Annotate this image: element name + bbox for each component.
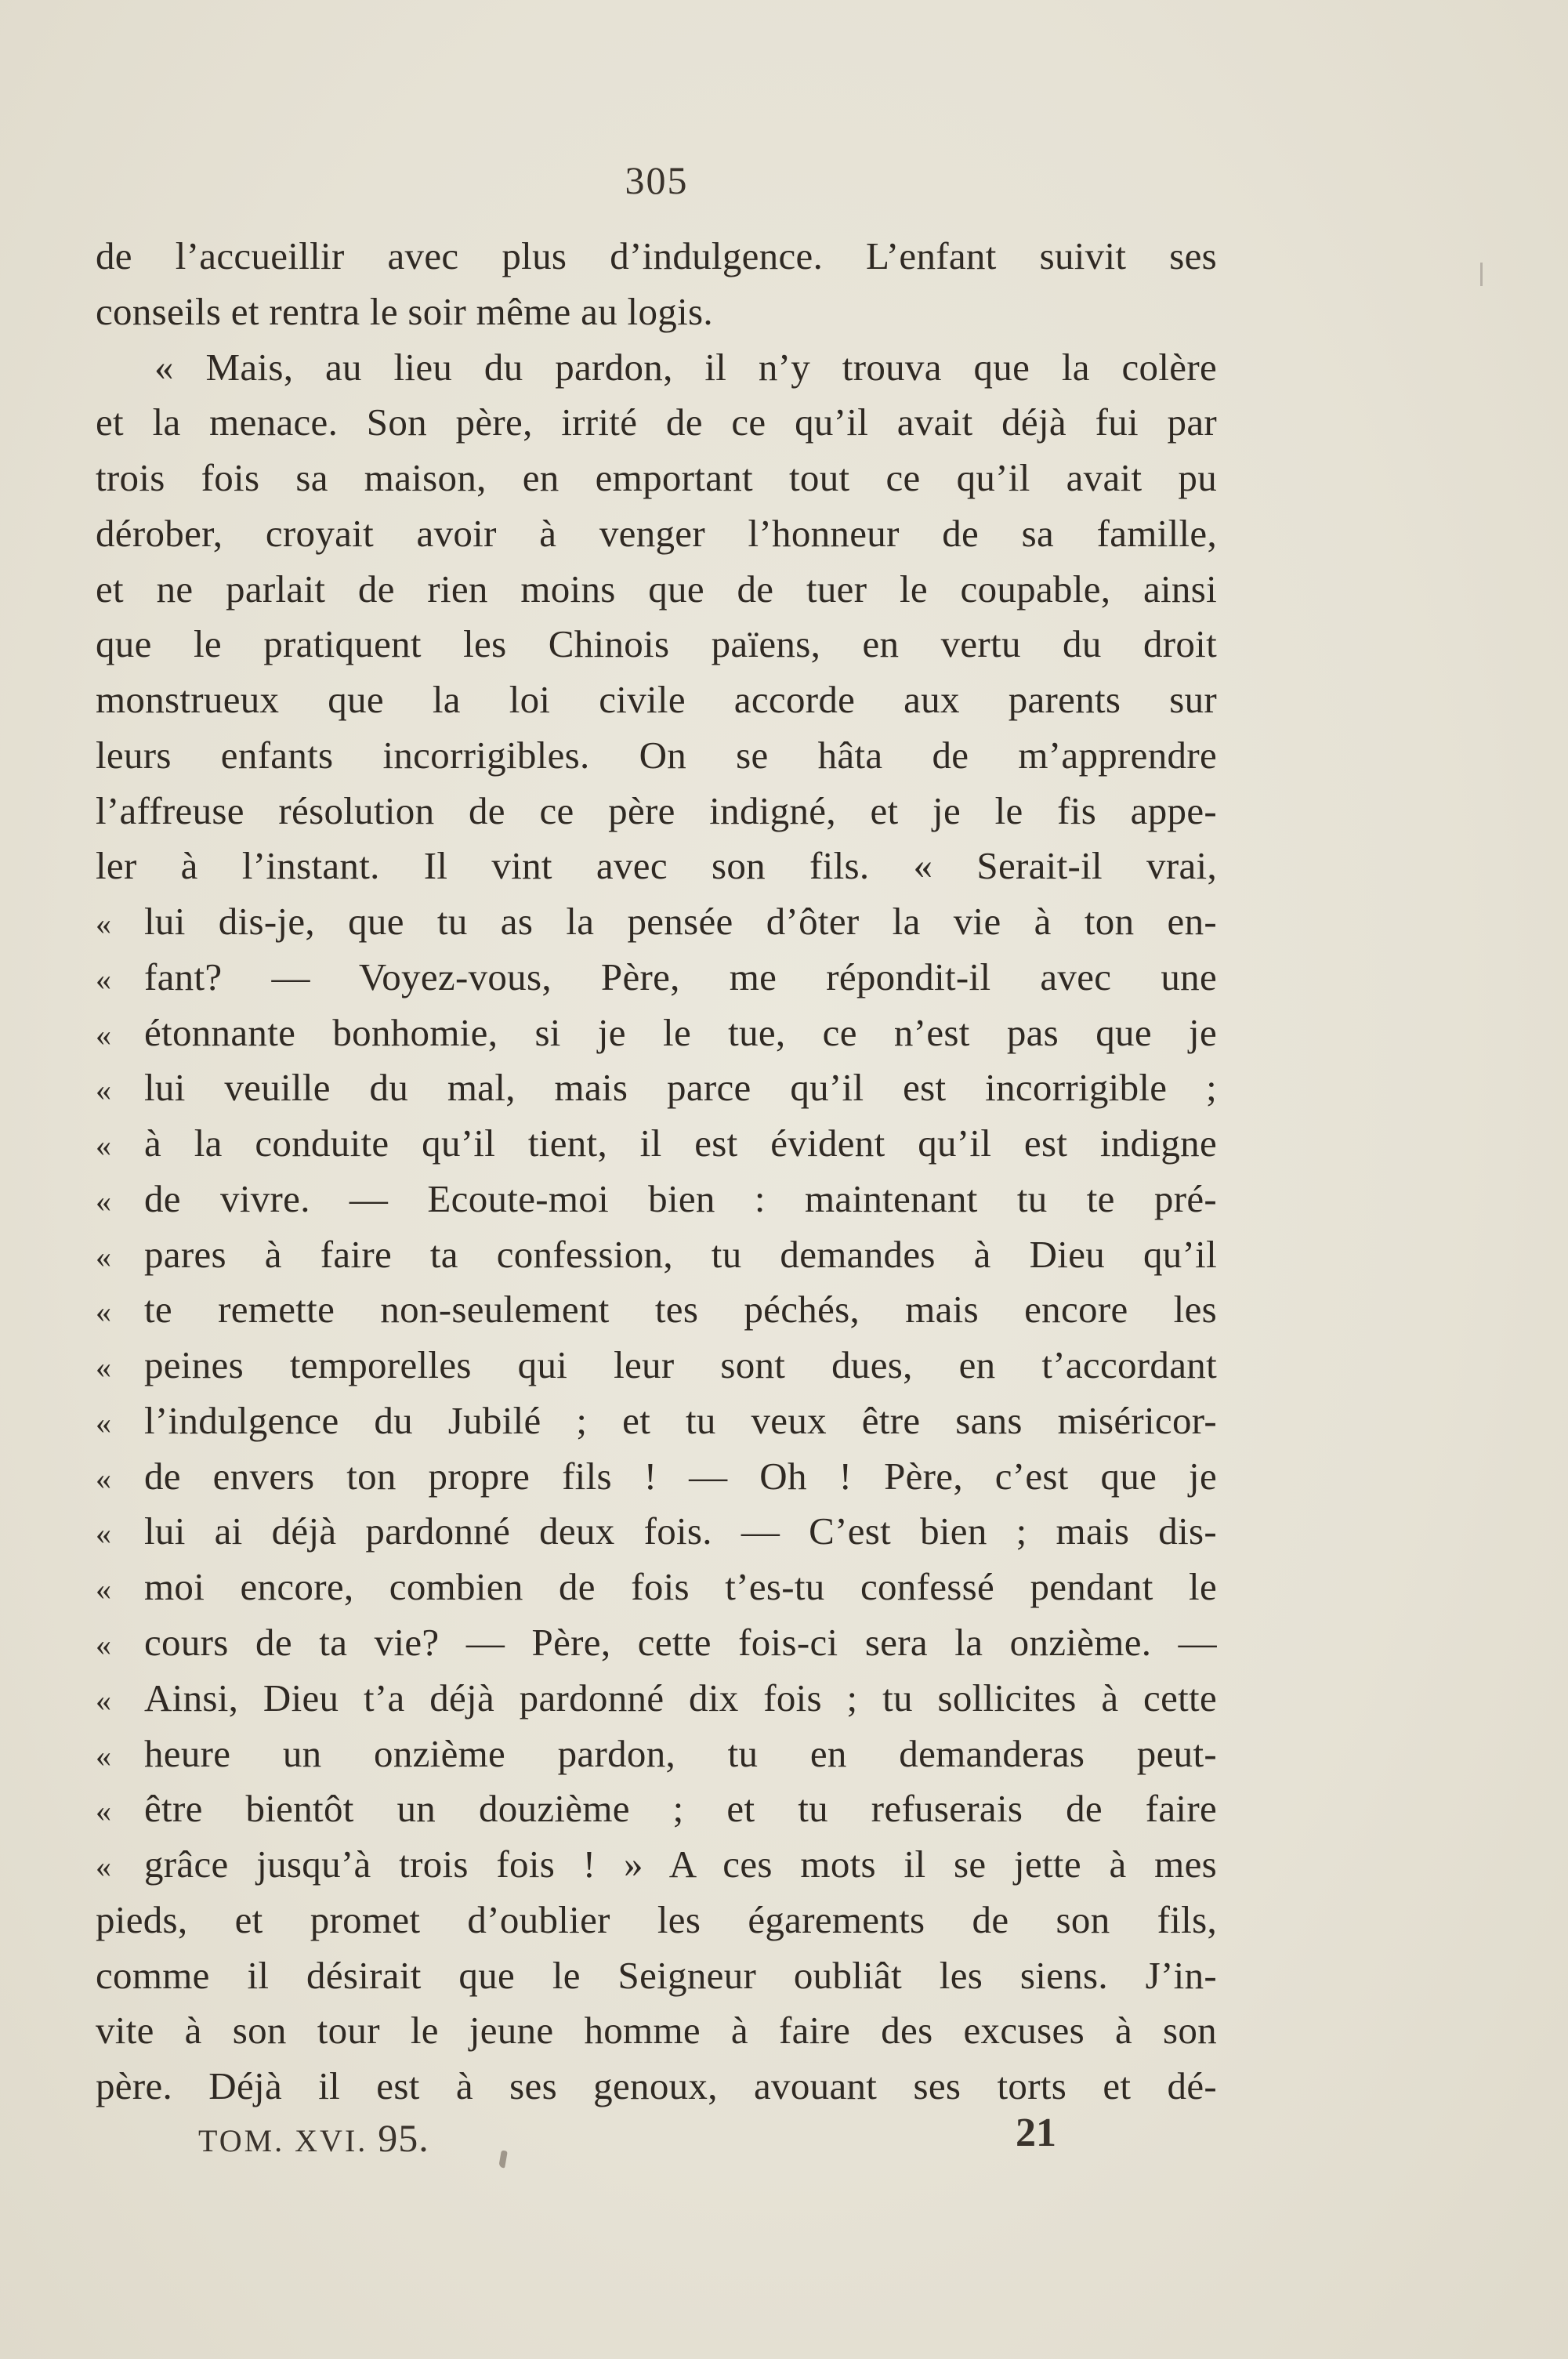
- quote-mark: «: [96, 1510, 144, 1557]
- text-line: «heure un onzième pardon, tu en demander…: [96, 1730, 1217, 1777]
- line-text: à la conduite qu’il tient, il est éviden…: [144, 1120, 1217, 1167]
- text-line: «pares à faire ta confession, tu demande…: [96, 1231, 1217, 1278]
- text-line: «être bientôt un douzième ; et tu refuse…: [96, 1785, 1217, 1832]
- quote-mark: «: [96, 956, 144, 1003]
- ink-blemish: [498, 2150, 508, 2168]
- page-number: 305: [616, 157, 697, 204]
- text-line: et ne parlait de rien moins que de tuer …: [96, 566, 1217, 613]
- text-line: « Mais, au lieu du pardon, il n’y trouva…: [154, 344, 1217, 391]
- line-text: grâce jusqu’à trois fois ! » A ces mots …: [144, 1841, 1217, 1888]
- text-line: leurs enfants incorrigibles. On se hâta …: [96, 732, 1217, 779]
- line-text: de envers ton propre fils ! — Oh ! Père,…: [144, 1453, 1217, 1500]
- text-line: «de envers ton propre fils ! — Oh ! Père…: [96, 1453, 1217, 1500]
- text-line: «cours de ta vie? — Père, cette fois-ci …: [96, 1619, 1217, 1666]
- text-line: trois fois sa maison, en emportant tout …: [96, 455, 1217, 502]
- text-line: monstrueux que la loi civile accorde aux…: [96, 676, 1217, 723]
- quote-mark: «: [96, 1788, 144, 1835]
- text-line: dérober, croyait avoir à venger l’honneu…: [96, 510, 1217, 557]
- text-line: pieds, et promet d’oublier les égarement…: [96, 1897, 1217, 1944]
- text-line: «de vivre. — Ecoute-moi bien : maintenan…: [96, 1176, 1217, 1223]
- text-line: «te remette non-seulement tes péchés, ma…: [96, 1286, 1217, 1333]
- text-line: «l’indulgence du Jubilé ; et tu veux êtr…: [96, 1397, 1217, 1444]
- line-text: te remette non-seulement tes péchés, mai…: [144, 1286, 1217, 1333]
- line-text: cours de ta vie? — Père, cette fois-ci s…: [144, 1619, 1217, 1666]
- text-line: «moi encore, combien de fois t’es-tu con…: [96, 1564, 1217, 1611]
- line-text: fant? — Voyez-vous, Père, me répondit-il…: [144, 954, 1217, 1001]
- line-text: pares à faire ta confession, tu demandes…: [144, 1231, 1217, 1278]
- line-text: moi encore, combien de fois t’es-tu conf…: [144, 1564, 1217, 1611]
- line-text: l’indulgence du Jubilé ; et tu veux être…: [144, 1397, 1217, 1444]
- line-text: peines temporelles qui leur sont dues, e…: [144, 1342, 1217, 1389]
- quote-mark: «: [96, 1012, 144, 1059]
- quote-mark: «: [96, 1622, 144, 1669]
- quote-mark: «: [96, 1178, 144, 1225]
- signature-number: 95.: [378, 2116, 429, 2160]
- signature-volume: TOM. XVI.: [198, 2123, 368, 2158]
- text-line: «lui ai déjà pardonné deux fois. — C’est…: [96, 1508, 1217, 1555]
- quote-mark: «: [96, 1344, 144, 1391]
- text-line: «à la conduite qu’il tient, il est évide…: [96, 1120, 1217, 1167]
- line-text: de vivre. — Ecoute-moi bien : maintenant…: [144, 1176, 1217, 1223]
- text-line: «Ainsi, Dieu t’a déjà pardonné dix fois …: [96, 1675, 1217, 1722]
- book-page: 305 de l’accueillir avec plus d’indulgen…: [0, 0, 1568, 2359]
- quote-mark: «: [96, 1234, 144, 1281]
- line-text: lui veuille du mal, mais parce qu’il est…: [144, 1064, 1217, 1111]
- quote-mark: «: [96, 1122, 144, 1169]
- text-line: «grâce jusqu’à trois fois ! » A ces mots…: [96, 1841, 1217, 1888]
- quote-mark: «: [96, 1566, 144, 1613]
- text-line: que le pratiquent les Chinois païens, en…: [96, 621, 1217, 668]
- margin-mark: [1480, 263, 1483, 286]
- folio-number: 21: [1016, 2111, 1056, 2155]
- line-text: étonnante bonhomie, si je le tue, ce n’e…: [144, 1009, 1217, 1056]
- text-line: «fant? — Voyez-vous, Père, me répondit-i…: [96, 954, 1217, 1001]
- text-line: comme il désirait que le Seigneur oubliâ…: [96, 1952, 1217, 1999]
- text-line: conseils et rentra le soir même au logis…: [96, 288, 1217, 335]
- line-text: être bientôt un douzième ; et tu refuser…: [144, 1785, 1217, 1832]
- text-line: l’affreuse résolution de ce père indigné…: [96, 788, 1217, 835]
- quote-mark: «: [96, 1288, 144, 1335]
- text-line: ler à l’instant. Il vint avec son fils. …: [96, 842, 1217, 890]
- text-line: père. Déjà il est à ses genoux, avouant …: [96, 2063, 1217, 2110]
- line-text: Ainsi, Dieu t’a déjà pardonné dix fois ;…: [144, 1675, 1217, 1722]
- quote-mark: «: [96, 1455, 144, 1502]
- text-line: «étonnante bonhomie, si je le tue, ce n’…: [96, 1009, 1217, 1056]
- quote-mark: «: [96, 1677, 144, 1724]
- line-text: lui dis-je, que tu as la pensée d’ôter l…: [144, 898, 1217, 945]
- quote-mark: «: [96, 900, 144, 948]
- line-text: heure un onzième pardon, tu en demandera…: [144, 1730, 1217, 1777]
- line-text: lui ai déjà pardonné deux fois. — C’est …: [144, 1508, 1217, 1555]
- text-line: et la menace. Son père, irrité de ce qu’…: [96, 399, 1217, 446]
- quote-mark: «: [96, 1067, 144, 1114]
- text-line: «peines temporelles qui leur sont dues, …: [96, 1342, 1217, 1389]
- text-line: de l’accueillir avec plus d’indulgence. …: [96, 233, 1217, 280]
- quote-mark: «: [96, 1400, 144, 1447]
- signature-mark: TOM. XVI. 95.: [198, 2116, 429, 2163]
- quote-mark: «: [96, 1843, 144, 1890]
- quote-mark: «: [96, 1733, 144, 1780]
- text-line: vite à son tour le jeune homme à faire d…: [96, 2007, 1217, 2054]
- text-line: «lui veuille du mal, mais parce qu’il es…: [96, 1064, 1217, 1111]
- text-line: «lui dis-je, que tu as la pensée d’ôter …: [96, 898, 1217, 945]
